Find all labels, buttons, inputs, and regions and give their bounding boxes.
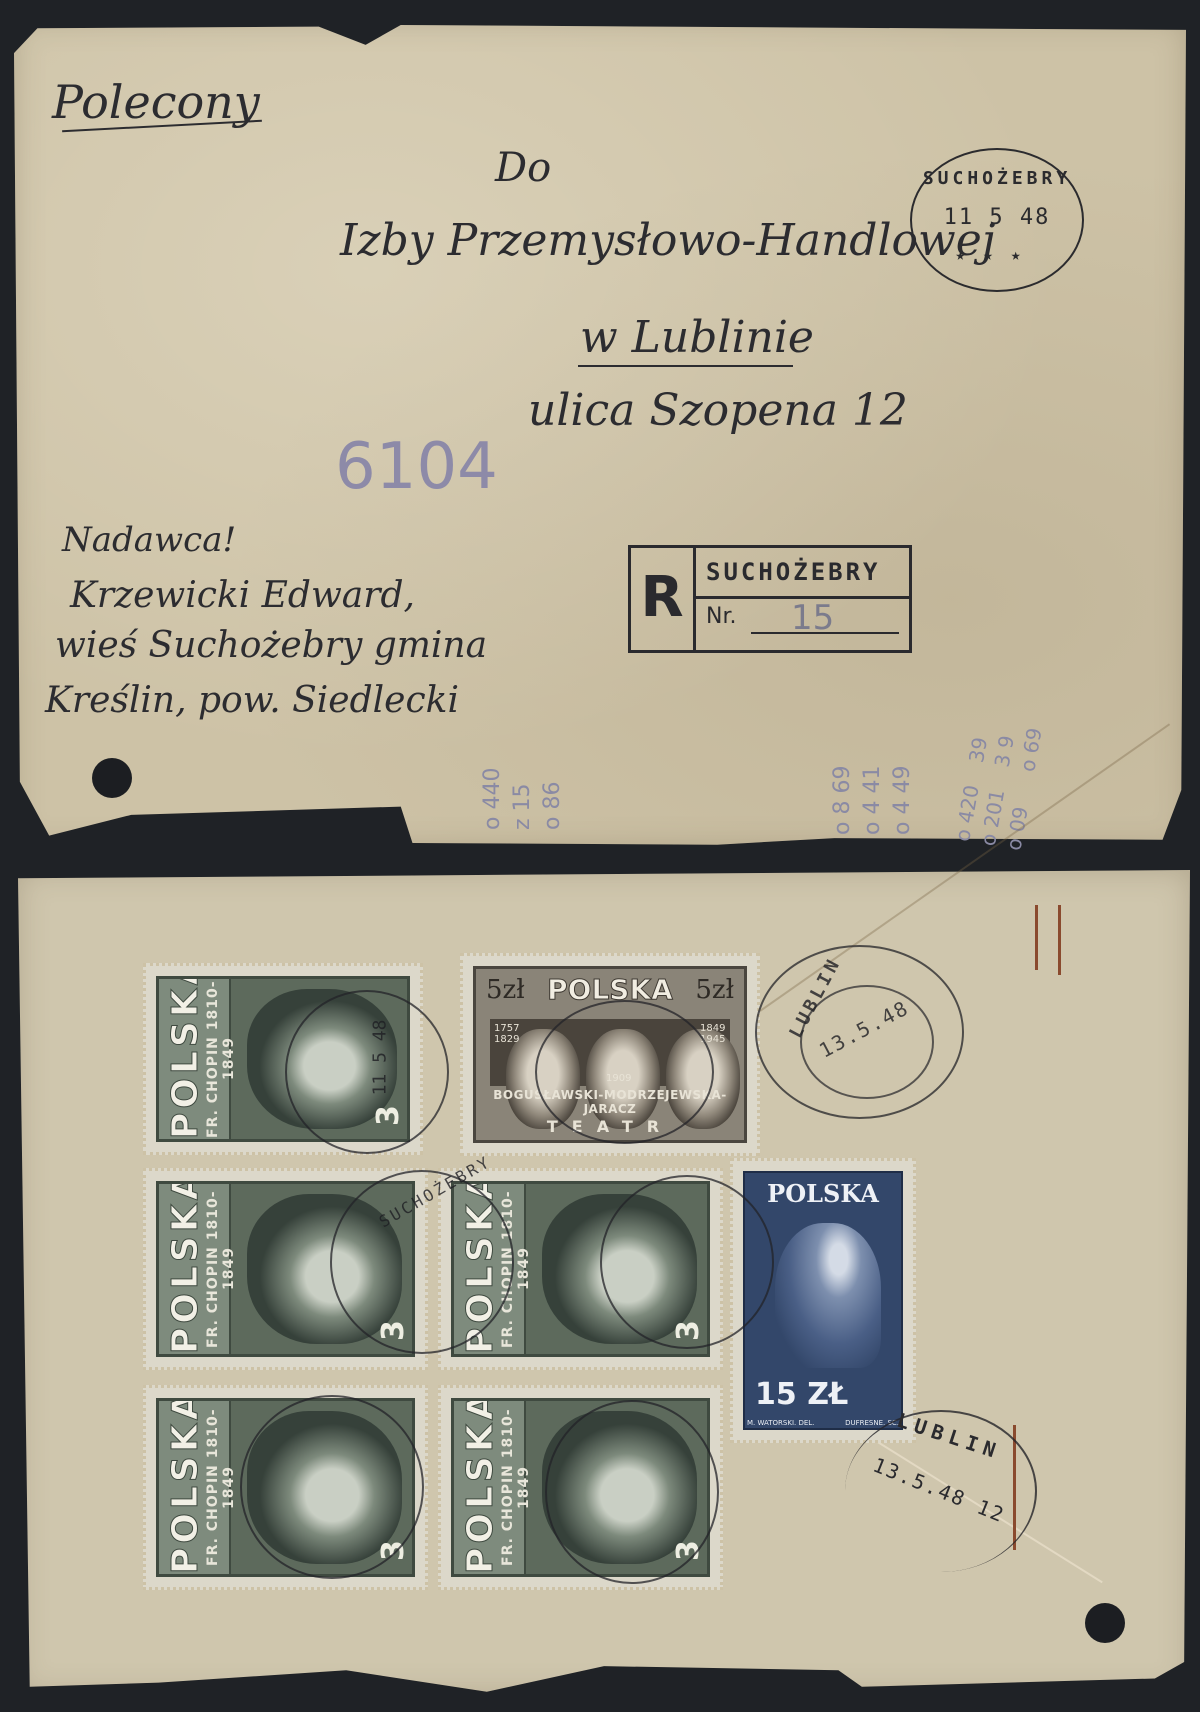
address-underline bbox=[578, 365, 793, 367]
address-line-3: ulica Szopena 12 bbox=[528, 385, 908, 436]
address-to: Do bbox=[495, 145, 551, 191]
punch-hole bbox=[1085, 1603, 1125, 1643]
postmark-suchozebry: SUCHOŻEBRY 11 5 48 ★★★ bbox=[910, 148, 1084, 292]
pencil-notes-left: o 440 z 15 o 86 bbox=[480, 670, 580, 830]
stamp-fisherman: POLSKA 15 ZŁ M. WATORSKI. DEL. DUFRESNE.… bbox=[730, 1158, 916, 1443]
red-mark bbox=[1035, 905, 1038, 970]
sender-heading: Nadawca! bbox=[62, 520, 236, 560]
stamp-chopin: POLSKA FR. CHOPIN 1810-1849 3 bbox=[143, 1385, 428, 1590]
fisherman-figure bbox=[775, 1223, 881, 1368]
sender-name: Krzewicki Edward, bbox=[70, 575, 415, 616]
registration-label: R SUCHOŻEBRY Nr. 15 bbox=[628, 545, 912, 653]
sender-place: Kreślin, pow. Siedlecki bbox=[45, 680, 459, 721]
stamp-chopin: POLSKA FR. CHOPIN 1810-1849 3 bbox=[438, 1385, 723, 1590]
registration-nr-label: Nr. bbox=[706, 604, 736, 629]
registration-line bbox=[751, 632, 899, 634]
address-line-1: Izby Przemysłowo-Handlowej bbox=[340, 215, 995, 266]
postmark-stars: ★★★ bbox=[912, 245, 1082, 264]
theatre-portraits: 1757 1829 1909 1849 1945 bbox=[490, 1019, 730, 1086]
stamp-chopin: POLSKA FR. CHOPIN 1810-1849 3 bbox=[438, 1168, 723, 1370]
stamp-theatre: 5zł POLSKA 5zł 1757 1829 1909 1849 1945 … bbox=[460, 953, 760, 1156]
address-line-2: w Lublinie bbox=[580, 312, 814, 363]
pencil-number: 6104 bbox=[335, 430, 498, 504]
postmark-lublin-inner-ring bbox=[800, 985, 934, 1099]
pencil-notes-mid: o 8 69 o 4 41 o 4 49 bbox=[830, 685, 930, 835]
punch-hole bbox=[92, 758, 132, 798]
registration-letter: R bbox=[631, 548, 696, 650]
postmark-lublin-2: LUBLIN 13.5.48 12 bbox=[845, 1410, 1037, 1572]
stamp-chopin: POLSKA FR. CHOPIN 1810-1849 3 bbox=[143, 1168, 428, 1370]
sender-village: wieś Suchożebry gmina bbox=[55, 625, 487, 666]
red-mark bbox=[1058, 905, 1061, 975]
stamp-chopin: POLSKA FR. CHOPIN 1810-1849 3 bbox=[143, 963, 423, 1155]
registration-town: SUCHOŻEBRY bbox=[696, 548, 909, 599]
